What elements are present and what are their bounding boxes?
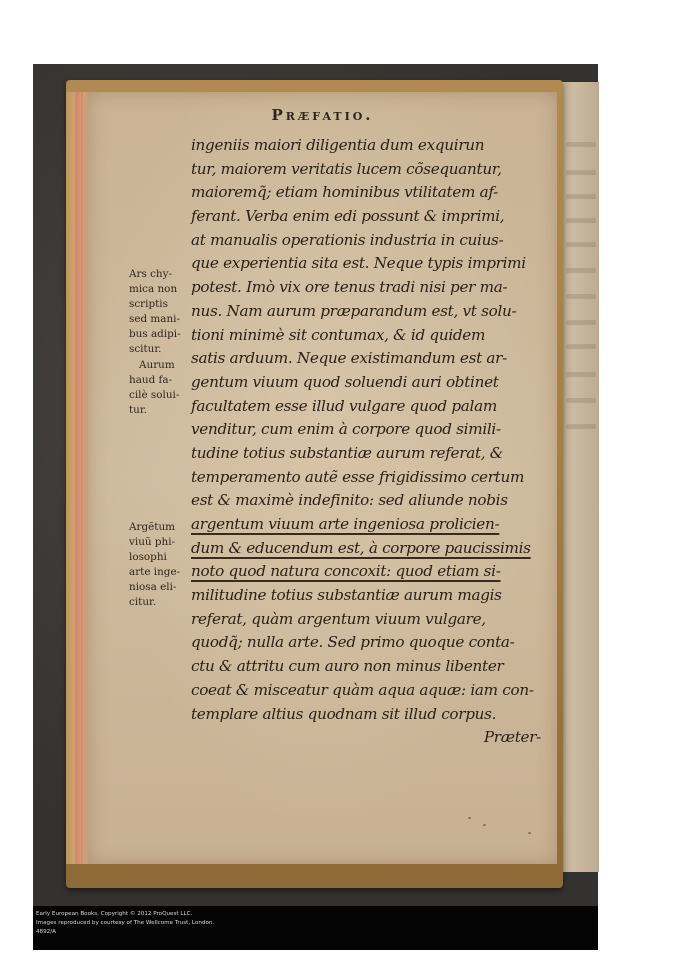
text-line: tur, maiorem veritatis lucem cõsequantur…	[191, 158, 541, 182]
bleed-through-text	[566, 142, 596, 147]
footer-copyright: Early European Books, Copyright © 2012 P…	[36, 910, 598, 919]
book-page: Præfatio. ingeniis maiori diligentia dum…	[88, 92, 557, 864]
text-line: maioremq̃; etiam hominibus vtilitatem af…	[191, 181, 541, 205]
bleed-through-text	[566, 294, 596, 299]
running-header: Præfatio.	[88, 106, 557, 124]
footer-shelfmark: 4892/A	[36, 928, 598, 937]
catchword: Præter-	[191, 726, 541, 750]
bleed-through-text	[566, 268, 596, 273]
bleed-through-text	[566, 194, 596, 199]
underlined-text-line: argentum viuum arte ingeniosa prolicien-	[191, 513, 541, 537]
body-text: ingeniis maiori diligentia dum exquirun …	[191, 134, 541, 750]
text-line: tudine totius substantiæ aurum referat, …	[191, 442, 541, 466]
text-line: venditur, cum enim à corpore quod simili…	[191, 418, 541, 442]
facing-page-edge	[557, 82, 599, 872]
text-line: ctu & attritu cum auro non minus libente…	[191, 655, 541, 679]
text-line: nus. Nam aurum præparandum est, vt solu-	[191, 300, 541, 324]
text-line: referat, quàm argentum viuum vulgare,	[191, 608, 541, 632]
text-line: templare altius quodnam sit illud corpus…	[191, 703, 541, 727]
bleed-through-text	[566, 424, 596, 429]
paper-foxing	[468, 817, 471, 819]
copyright-footer: Early European Books, Copyright © 2012 P…	[33, 906, 598, 950]
bleed-through-text	[566, 372, 596, 377]
bleed-through-text	[566, 320, 596, 325]
bleed-through-text	[566, 242, 596, 247]
bleed-through-text	[566, 170, 596, 175]
margin-note-ars-chymica: Ars chy- mica non scriptis sed mani- bus…	[129, 267, 199, 357]
text-line: quodq̃; nulla arte. Sed primo quoque con…	[191, 631, 541, 655]
paper-foxing	[528, 832, 531, 834]
text-line: temperamento autẽ esse frigidissimo cert…	[191, 466, 541, 490]
text-line: gentum viuum quod soluendi auri obtinet	[191, 371, 541, 395]
margin-note-aurum: Aurum haud fa- cilè solui- tur.	[129, 358, 199, 418]
bleed-through-text	[566, 398, 596, 403]
text-line: coeat & misceatur quàm aqua aquæ: iam co…	[191, 679, 541, 703]
footer-courtesy: Images reproduced by courtesy of The Wel…	[36, 919, 598, 928]
text-line: que experientia sita est. Neque typis im…	[191, 252, 541, 276]
bleed-through-text	[566, 218, 596, 223]
text-line: potest. Imò vix ore tenus tradi nisi per…	[191, 276, 541, 300]
text-line: tioni minimè sit contumax, & id quidem	[191, 324, 541, 348]
paper-foxing	[483, 824, 486, 826]
text-line: ingeniis maiori diligentia dum exquirun	[191, 134, 541, 158]
margin-note-argentum: Argẽtum viuũ phi- losophi arte inge- nio…	[129, 520, 199, 610]
text-line: at manualis operationis industria in cui…	[191, 229, 541, 253]
text-line: est & maximè indefinito: sed aliunde nob…	[191, 489, 541, 513]
bleed-through-text	[566, 344, 596, 349]
text-line: facultatem esse illud vulgare quod palam	[191, 395, 541, 419]
page-edges	[66, 92, 88, 864]
underlined-text-line: noto quod natura concoxit: quod etiam si…	[191, 560, 541, 584]
text-line: ferant. Verba enim edi possunt & imprimi…	[191, 205, 541, 229]
text-line: satis arduum. Neque existimandum est ar-	[191, 347, 541, 371]
text-line: militudine totius substantiæ aurum magis	[191, 584, 541, 608]
underlined-text-line: dum & educendum est, à corpore paucissim…	[191, 537, 541, 561]
